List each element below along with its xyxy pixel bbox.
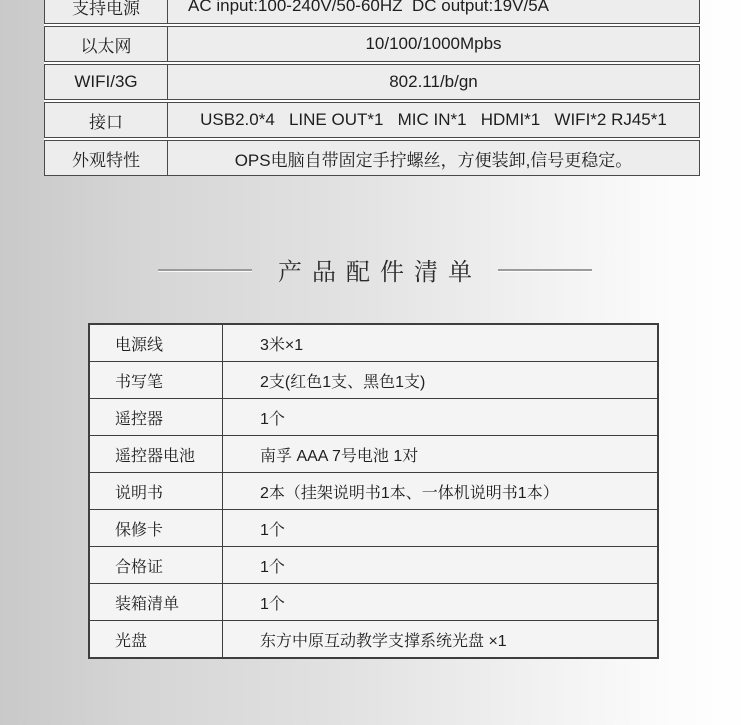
spec-label: WIFI/3G [45,65,168,99]
spec-value: USB2.0*4 LINE OUT*1 MIC IN*1 HDMI*1 WIFI… [168,103,699,137]
heading-divider-left [158,269,252,271]
spec-row-ports: 接口 USB2.0*4 LINE OUT*1 MIC IN*1 HDMI*1 W… [44,102,700,138]
spec-value: 802.11/b/gn [168,65,699,99]
accessory-value: 东方中原互动教学支撑系统光盘 ×1 [223,621,657,657]
accessory-label: 遥控器 [90,399,223,435]
spec-label: 以太网 [45,27,168,61]
accessory-value: 南孚 AAA 7号电池 1对 [223,436,657,472]
accessory-row-certificate: 合格证 1个 [90,547,657,584]
spec-label: 外观特性 [45,141,168,175]
accessory-row-remote: 遥控器 1个 [90,399,657,436]
accessory-label: 光盘 [90,621,223,657]
accessory-label: 遥控器电池 [90,436,223,472]
product-detail-page: 支持电源 AC input:100-240V/50-60HZ DC output… [0,0,750,725]
spec-value: AC input:100-240V/50-60HZ DC output:19V/… [168,0,699,23]
accessory-value: 1个 [223,510,657,546]
accessory-label: 书写笔 [90,362,223,398]
accessory-row-packing-list: 装箱清单 1个 [90,584,657,621]
accessory-value: 1个 [223,584,657,620]
accessory-label: 装箱清单 [90,584,223,620]
accessory-value: 1个 [223,399,657,435]
section-title: 产品配件清单 [268,252,482,287]
accessory-label: 合格证 [90,547,223,583]
accessory-value: 1个 [223,547,657,583]
spec-value: 10/100/1000Mpbs [168,27,699,61]
spec-label: 支持电源 [45,0,168,23]
spec-label: 接口 [45,103,168,137]
accessory-value: 2支(红色1支、黑色1支) [223,362,657,398]
accessory-row-power-cord: 电源线 3米×1 [90,325,657,362]
accessory-row-cd: 光盘 东方中原互动教学支撑系统光盘 ×1 [90,621,657,657]
accessory-row-warranty-card: 保修卡 1个 [90,510,657,547]
spec-row-ethernet: 以太网 10/100/1000Mpbs [44,26,700,62]
spec-row-appearance: 外观特性 OPS电脑自带固定手拧螺丝，方便装卸,信号更稳定。 [44,140,700,176]
spec-table: 支持电源 AC input:100-240V/50-60HZ DC output… [44,0,700,176]
accessory-label: 说明书 [90,473,223,509]
accessory-value: 2本（挂架说明书1本、一体机说明书1本） [223,473,657,509]
accessory-row-stylus: 书写笔 2支(红色1支、黑色1支) [90,362,657,399]
heading-divider-right [498,269,592,271]
accessory-row-manual: 说明书 2本（挂架说明书1本、一体机说明书1本） [90,473,657,510]
spec-row-power: 支持电源 AC input:100-240V/50-60HZ DC output… [44,0,700,24]
spec-value: OPS电脑自带固定手拧螺丝，方便装卸,信号更稳定。 [168,141,699,175]
accessory-row-batteries: 遥控器电池 南孚 AAA 7号电池 1对 [90,436,657,473]
accessory-value: 3米×1 [223,325,657,361]
accessories-table: 电源线 3米×1 书写笔 2支(红色1支、黑色1支) 遥控器 1个 遥控器电池 … [88,323,659,659]
section-heading: 产品配件清单 [0,252,750,287]
accessory-label: 保修卡 [90,510,223,546]
accessory-label: 电源线 [90,325,223,361]
spec-row-wifi: WIFI/3G 802.11/b/gn [44,64,700,100]
